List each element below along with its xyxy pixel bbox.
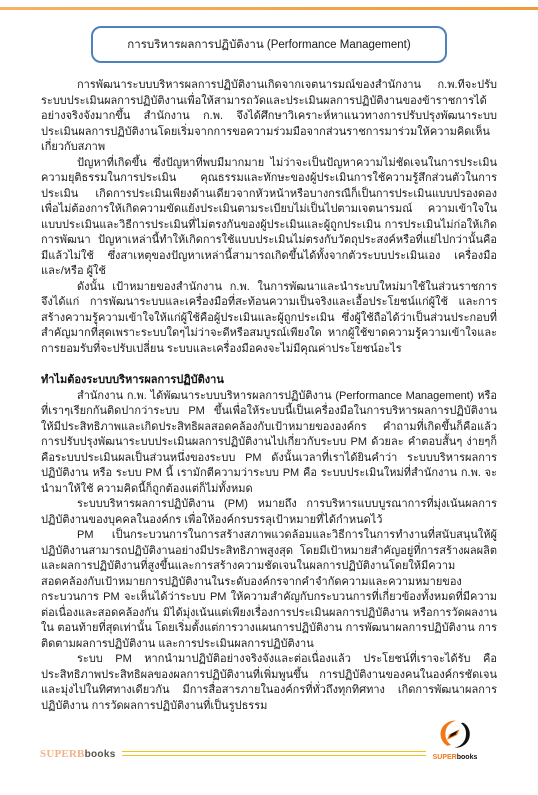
title-box: การบริหารผลการปฏิบัติงาน (Performance Ma… — [91, 26, 447, 63]
page-footer: SUPERBbooks SUPERbooks — [40, 744, 478, 762]
brand-right-bold: SUPER — [433, 754, 457, 761]
paragraph: ระบบ PM หากนำมาปฏิบัติอย่างจริงจังและต่อ… — [41, 652, 497, 714]
document-page: การบริหารผลการปฏิบัติงาน (Performance Ma… — [0, 0, 538, 795]
page-title: การบริหารผลการปฏิบัติงาน (Performance Ma… — [127, 36, 410, 54]
brand-left-rest: books — [85, 749, 116, 760]
brand-left-bold: SUPERB — [40, 748, 85, 760]
footer-brand-right: SUPERbooks — [433, 754, 478, 762]
section-heading: ทำไมต้องระบบบริหารผลการปฏิบัติงาน — [41, 373, 497, 389]
top-accent-rule — [0, 7, 538, 10]
footer-logo: SUPERbooks — [432, 720, 478, 762]
paragraph: ดังนั้น เป้าหมายของสำนักงาน ก.พ. ในการพั… — [41, 280, 497, 358]
footer-brand-left: SUPERBbooks — [40, 744, 116, 762]
paragraph: ระบบบริหารผลการปฏิบัติงาน (PM) หมายถึง ก… — [41, 497, 497, 528]
paragraph: ปัญหาที่เกิดขึ้น ซึ่งปัญหาที่พบมีมากมาย … — [41, 156, 497, 280]
paragraph: PM เป็นกระบวนการในการสร้างสภาพแวดล้อมและ… — [41, 528, 497, 652]
brand-right-rest: books — [457, 754, 478, 761]
footer-divider-line — [122, 751, 426, 756]
paragraph: การพัฒนาระบบบริหารผลการปฏิบัติงานเกิดจาก… — [41, 78, 497, 156]
superbooks-swoosh-icon — [439, 720, 471, 754]
paragraph: สำนักงาน ก.พ. ได้พัฒนาระบบบริหารผลการปฏิ… — [41, 389, 497, 498]
document-body: การพัฒนาระบบบริหารผลการปฏิบัติงานเกิดจาก… — [41, 78, 497, 738]
